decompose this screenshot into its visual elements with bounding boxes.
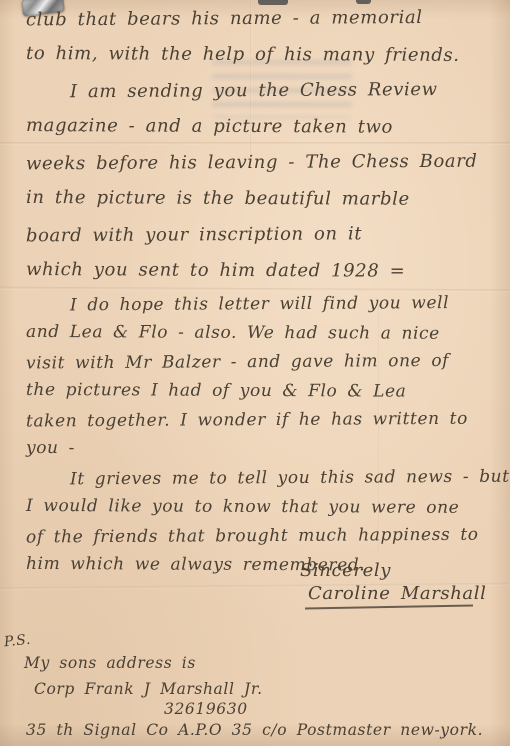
letter-body-second-section: I do hope this letter will find you well… bbox=[26, 294, 510, 584]
letter-line: visit with Mr Balzer - and gave him one … bbox=[26, 351, 510, 383]
letter-line: the pictures I had of you & Flo & Lea bbox=[26, 380, 510, 411]
postscript-line: Corp Frank J Marshall Jr. bbox=[34, 678, 483, 700]
postscript-label: P.S. bbox=[3, 632, 32, 651]
letter-line: and Lea & Flo - also. We had such a nice bbox=[26, 322, 510, 353]
letter-line: taken together. I wonder if he has writt… bbox=[26, 409, 510, 441]
top-edge-mark bbox=[356, 0, 371, 4]
postscript: P.S. My sons address is Corp Frank J Mar… bbox=[4, 630, 483, 741]
letter-line: of the friends that brought much happine… bbox=[26, 525, 510, 557]
postscript-line: 35 th Signal Co A.P.O 35 c/o Postmaster … bbox=[26, 719, 483, 741]
letter-line: club that bears his name - a memorial bbox=[26, 7, 478, 46]
letter-line: board with your inscription on it bbox=[26, 223, 478, 262]
letter-line: weeks before his leaving - The Chess Boa… bbox=[26, 151, 478, 190]
postscript-line: My sons address is bbox=[24, 652, 483, 674]
letter-line: I do hope this letter will find you well bbox=[70, 293, 510, 325]
top-edge-mark bbox=[258, 0, 288, 5]
closing-salutation: Sincerely bbox=[300, 560, 486, 581]
letter-line: which you sent to him dated 1928 = bbox=[26, 259, 478, 297]
letter-line: It grieves me to tell you this sad news … bbox=[70, 467, 510, 499]
letter-line: in the picture is the beautiful marble bbox=[26, 187, 478, 225]
letter-line: magazine - and a picture taken two bbox=[26, 115, 478, 153]
letter-line: I would like you to know that you were o… bbox=[26, 496, 510, 527]
letter-body-first-section: club that bears his name - a memorial to… bbox=[26, 8, 478, 296]
letter-line: I am sending you the Chess Review bbox=[70, 79, 478, 117]
letter-line: to him, with the help of his many friend… bbox=[26, 43, 478, 81]
postscript-line: 32619630 bbox=[164, 698, 483, 720]
signature: Caroline Marshall bbox=[308, 583, 486, 604]
letter-closing: Sincerely Caroline Marshall bbox=[300, 560, 486, 604]
signature-underline bbox=[305, 605, 473, 610]
letter-line: you - bbox=[26, 438, 510, 469]
letter-page: club that bears his name - a memorial to… bbox=[0, 0, 510, 746]
